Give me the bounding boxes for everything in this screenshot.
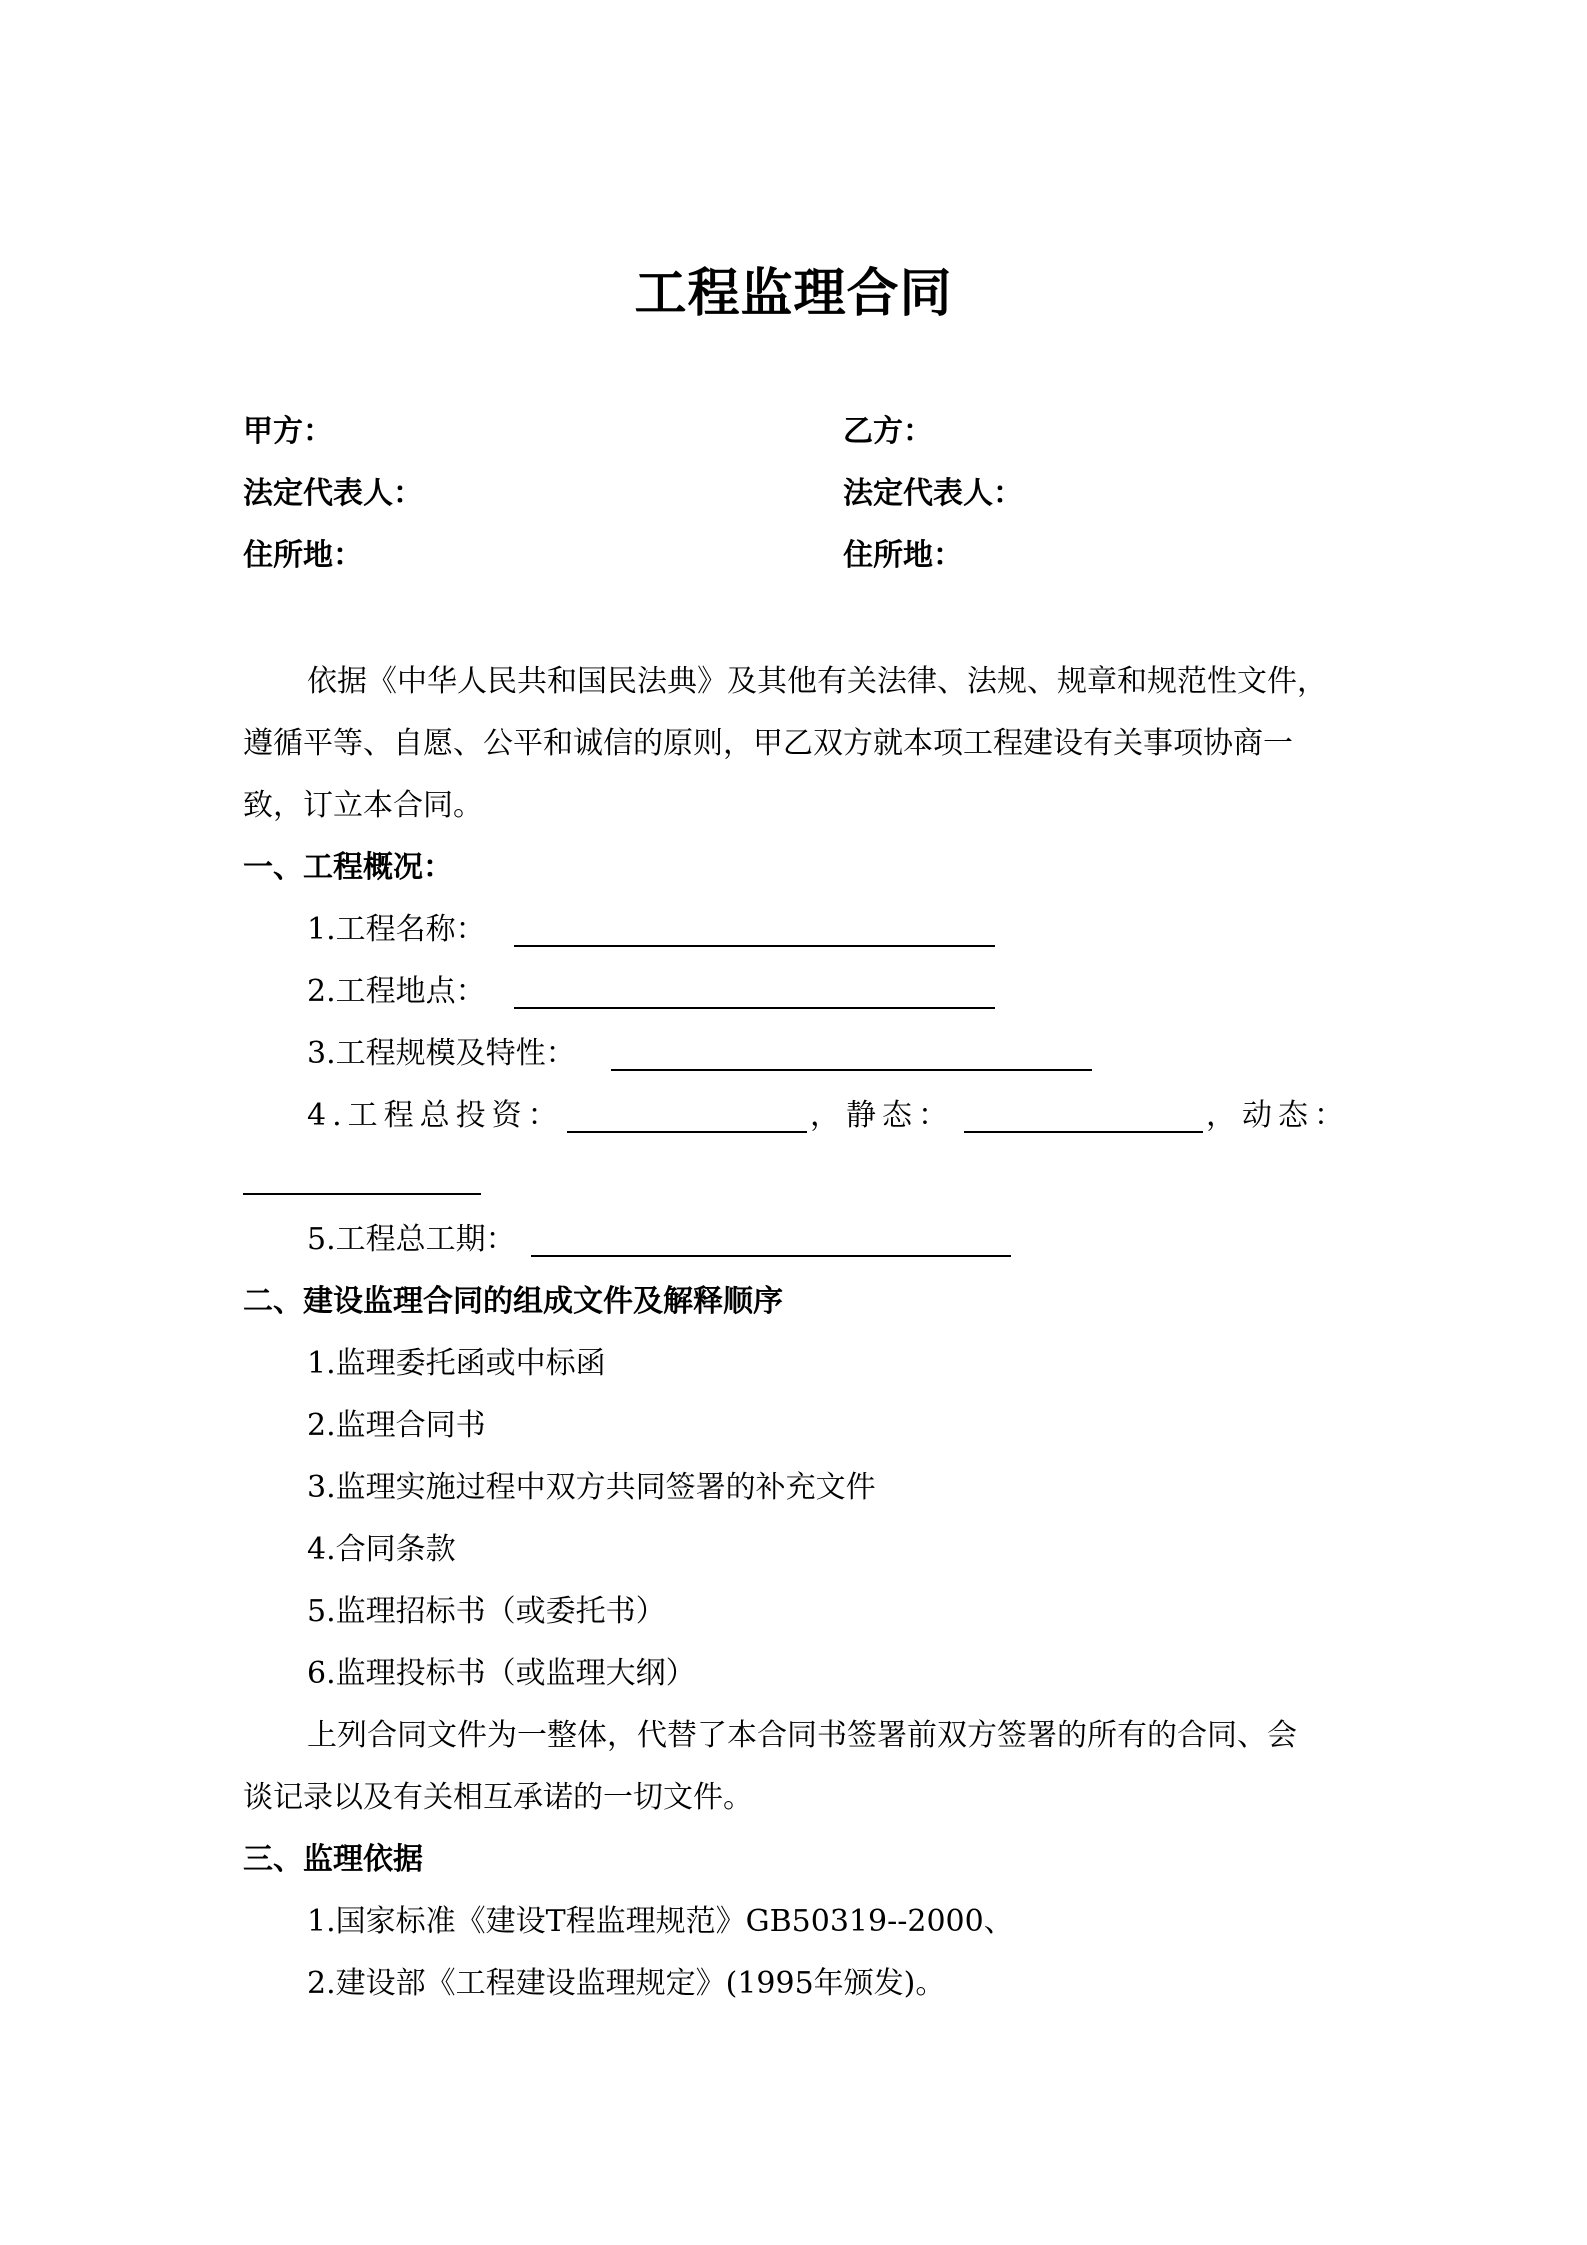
project-duration-blank[interactable] — [531, 1255, 1011, 1257]
project-name-blank[interactable] — [514, 945, 995, 947]
document-title: 工程监理合同 — [0, 262, 1587, 326]
section-1-heading: 一、工程概况： — [243, 848, 453, 888]
party-b-rep-label: 法定代表人： — [843, 474, 1023, 514]
document-item: 1.监理委托函或中标函 — [307, 1344, 606, 1384]
section-3-heading: 三、监理依据 — [243, 1840, 423, 1880]
project-location-blank[interactable] — [514, 1007, 995, 1009]
static-investment-label: ，静态： — [810, 1096, 954, 1136]
project-duration-label: 5.工程总工期： — [307, 1220, 516, 1260]
total-investment-blank[interactable] — [567, 1131, 807, 1133]
preamble-line-1: 依据《中华人民共和国民法典》及其他有关法律、法规、规章和规范性文件， — [307, 662, 1327, 702]
party-a-rep-label: 法定代表人： — [243, 474, 423, 514]
document-item: 6.监理投标书（或监理大纲） — [307, 1654, 696, 1694]
section-2-heading: 二、建设监理合同的组成文件及解释顺序 — [243, 1282, 783, 1322]
project-location-label: 2.工程地点： — [307, 972, 486, 1012]
document-item: 3.监理实施过程中双方共同签署的补充文件 — [307, 1468, 876, 1508]
document-page: 工程监理合同 甲方： 乙方： 法定代表人： 法定代表人： 住所地： 住所地： 依… — [0, 0, 1587, 2245]
project-scale-blank[interactable] — [611, 1069, 1092, 1071]
total-investment-label: 4.工程总投资： — [307, 1096, 564, 1136]
basis-item: 2.建设部《工程建设监理规定》(1995年颁发)。 — [307, 1964, 945, 2004]
document-item: 4.合同条款 — [307, 1530, 456, 1570]
section-2-note-line-1: 上列合同文件为一整体，代替了本合同书签署前双方签署的所有的合同、会 — [307, 1716, 1297, 1756]
dynamic-investment-blank[interactable] — [243, 1193, 481, 1195]
dynamic-investment-label: ，动态： — [1206, 1096, 1350, 1136]
party-b-address-label: 住所地： — [843, 536, 963, 576]
basis-item: 1.国家标准《建设T程监理规范》GB50319--2000、 — [307, 1902, 1014, 1942]
party-b-label: 乙方： — [843, 412, 933, 452]
section-2-note-line-2: 谈记录以及有关相互承诺的一切文件。 — [243, 1778, 753, 1818]
static-investment-blank[interactable] — [964, 1131, 1203, 1133]
party-a-address-label: 住所地： — [243, 536, 363, 576]
document-item: 2.监理合同书 — [307, 1406, 486, 1446]
document-item: 5.监理招标书（或委托书） — [307, 1592, 666, 1632]
party-a-label: 甲方： — [243, 412, 333, 452]
preamble-line-2: 遵循平等、自愿、公平和诚信的原则，甲乙双方就本项工程建设有关事项协商一 — [243, 724, 1293, 764]
preamble-line-3: 致，订立本合同。 — [243, 786, 483, 826]
project-name-label: 1.工程名称： — [307, 910, 486, 950]
project-scale-label: 3.工程规模及特性： — [307, 1034, 576, 1074]
